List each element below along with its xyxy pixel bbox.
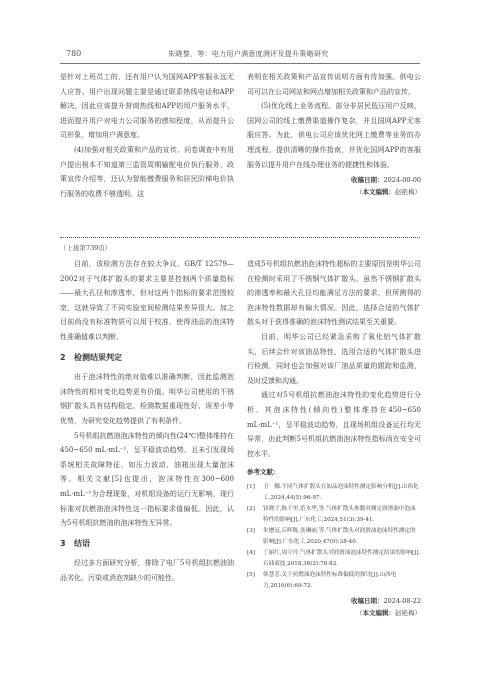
editor-label: 本文编辑：: [363, 188, 396, 196]
reference-item: [1]卫 娜.不同气体扩散头在油品泡沫特性测定影响分析[J].山西化工,2024…: [247, 482, 421, 504]
editor-label: 本文编辑：: [363, 609, 396, 617]
article2-left-column: 目前，该检测方法存在较大争议。GB/T 12579—2002对于气体扩散头的要求…: [60, 257, 234, 585]
reference-item: [3]朱懋冠,丘晖陈,张琳丽,等.气体扩散头对润滑油泡沫特性测定的影响[J].广…: [247, 526, 421, 548]
article-separator: [60, 237, 420, 238]
page-number: 780: [66, 49, 81, 58]
editor-name: 赵艳梅: [395, 609, 415, 617]
reference-list: [1]卫 娜.不同气体扩散头在油品泡沫特性测定影响分析[J].山西化工,2024…: [247, 482, 421, 592]
reference-item: [2]钮晓子,陈千里,范永华,等.气体扩散头参数对测定润滑油中泡沫特性的影响[J…: [247, 504, 421, 526]
reference-number: [2]: [247, 504, 263, 526]
reference-text: 朱懋冠,丘晖陈,张琳丽,等.气体扩散头对润滑油泡沫特性测定的影响[J].广东化工…: [263, 526, 421, 548]
header-rule: [60, 63, 420, 64]
continued-note: （上接第739页）: [60, 243, 111, 252]
section-number: 2: [60, 351, 74, 366]
paragraph: 是针对上班员工的，还有用户认为国网APP客服永远无人应答。用户出现问题主要是通过…: [60, 70, 234, 143]
paragraph: 目前，该检测方法存在较大争议。GB/T 12579—2002对于气体扩散头的要求…: [60, 257, 234, 345]
paragraph: 5号机组抗燃油泡沫特性的倾向性(24℃)整体维持在450~650 mL·mL⁻¹…: [60, 429, 234, 531]
reference-number: [3]: [247, 526, 263, 548]
received-value: 2024-08-22: [384, 597, 421, 605]
paragraph: 表明在相关政策和产品宣传说明方面有待加强。供电公司可以在公司网站和网点增加相关政…: [247, 70, 421, 99]
paragraph: 由于泡沫特性的绝对值难以准确判断，因此监测泡沫特性的相对变化趋势更有价值。明华公…: [60, 370, 234, 428]
reference-text: 韩慧芳.关于抗燃油泡沫特性标准偏低的探讨[J].山西电力,2016(6):69-…: [263, 570, 421, 592]
received-label: 收稿日期：: [351, 176, 384, 184]
editor-note: （本文编辑：赵艳梅）: [247, 607, 421, 619]
reference-text: 卫 娜.不同气体扩散头在油品泡沫特性测定影响分析[J].山西化工,2024,44…: [263, 482, 421, 504]
references-title: 参考文献：: [247, 465, 421, 480]
section-title: 结语: [74, 539, 90, 548]
section-heading: 3结语: [60, 537, 234, 552]
editor-name: 赵艳梅: [395, 188, 415, 196]
paragraph: 目前，明华公司已经紧急采购了氧化铝气体扩散头，后续会针对该油品特性，选用合适的气…: [247, 330, 421, 388]
paragraph: (5)优化线上业务流程。部分非居民低压用户反映，国网公司的线上缴费渠道操作复杂，…: [247, 99, 421, 172]
section-heading: 2检测结果判定: [60, 351, 234, 366]
editor-note: （本文编辑：赵艳梅）: [247, 186, 421, 198]
paragraph: 造成5号机组抗燃油泡沫特性超标的主要原因是明华公司在检测时采用了不锈钢气体扩散头…: [247, 257, 421, 330]
paragraph: 通过对5号机组抗燃油泡沫特性的变化趋势进行分析，其泡沫特性(倾向性)整体维持在4…: [247, 388, 421, 461]
reference-number: [5]: [247, 570, 263, 592]
reference-item: [5]韩慧芳.关于抗燃油泡沫特性标准偏低的探讨[J].山西电力,2016(6):…: [247, 570, 421, 592]
received-date: 收稿日期：2024-08-22: [247, 595, 421, 607]
article1-left-column: 是针对上班员工的，还有用户认为国网APP客服永远无人应答。用户出现问题主要是通过…: [60, 70, 234, 201]
reference-text: 钮晓子,陈千里,范永华,等.气体扩散头参数对测定润滑油中泡沫特性的影响[J].广…: [263, 504, 421, 526]
received-value: 2024-00-00: [384, 176, 421, 184]
received-date: 收稿日期：2024-00-00: [247, 174, 421, 186]
section-title: 检测结果判定: [74, 353, 122, 362]
reference-number: [1]: [247, 482, 263, 504]
paragraph: 经过多方面研究分析，排除了电厂5号机组抗燃油油品劣化、污染或消泡剂缺少的可能性。: [60, 556, 234, 585]
article1-right-column: 表明在相关政策和产品宣传说明方面有待加强。供电公司可以在公司网站和网点增加相关政…: [247, 70, 421, 198]
received-label: 收稿日期：: [351, 597, 384, 605]
reference-number: [4]: [247, 548, 263, 570]
running-title: 朱晓黎，等：电力用户满意度测评及提升策略研究: [168, 49, 329, 59]
reference-item: [4]丁丽红,周立玲.气体扩散头对润滑油泡沫特性测定结果的影响[J].石油商技,…: [247, 548, 421, 570]
article2-right-column: 造成5号机组抗燃油泡沫特性超标的主要原因是明华公司在检测时采用了不锈钢气体扩散头…: [247, 257, 421, 619]
section-number: 3: [60, 537, 74, 552]
reference-text: 丁丽红,周立玲.气体扩散头对润滑油泡沫特性测定结果的影响[J].石油商技,201…: [263, 548, 421, 570]
paragraph: (4)加强对相关政策和产品的宣传。问卷调查中有用户提出根本不知道第三监管周期输配…: [60, 143, 234, 201]
